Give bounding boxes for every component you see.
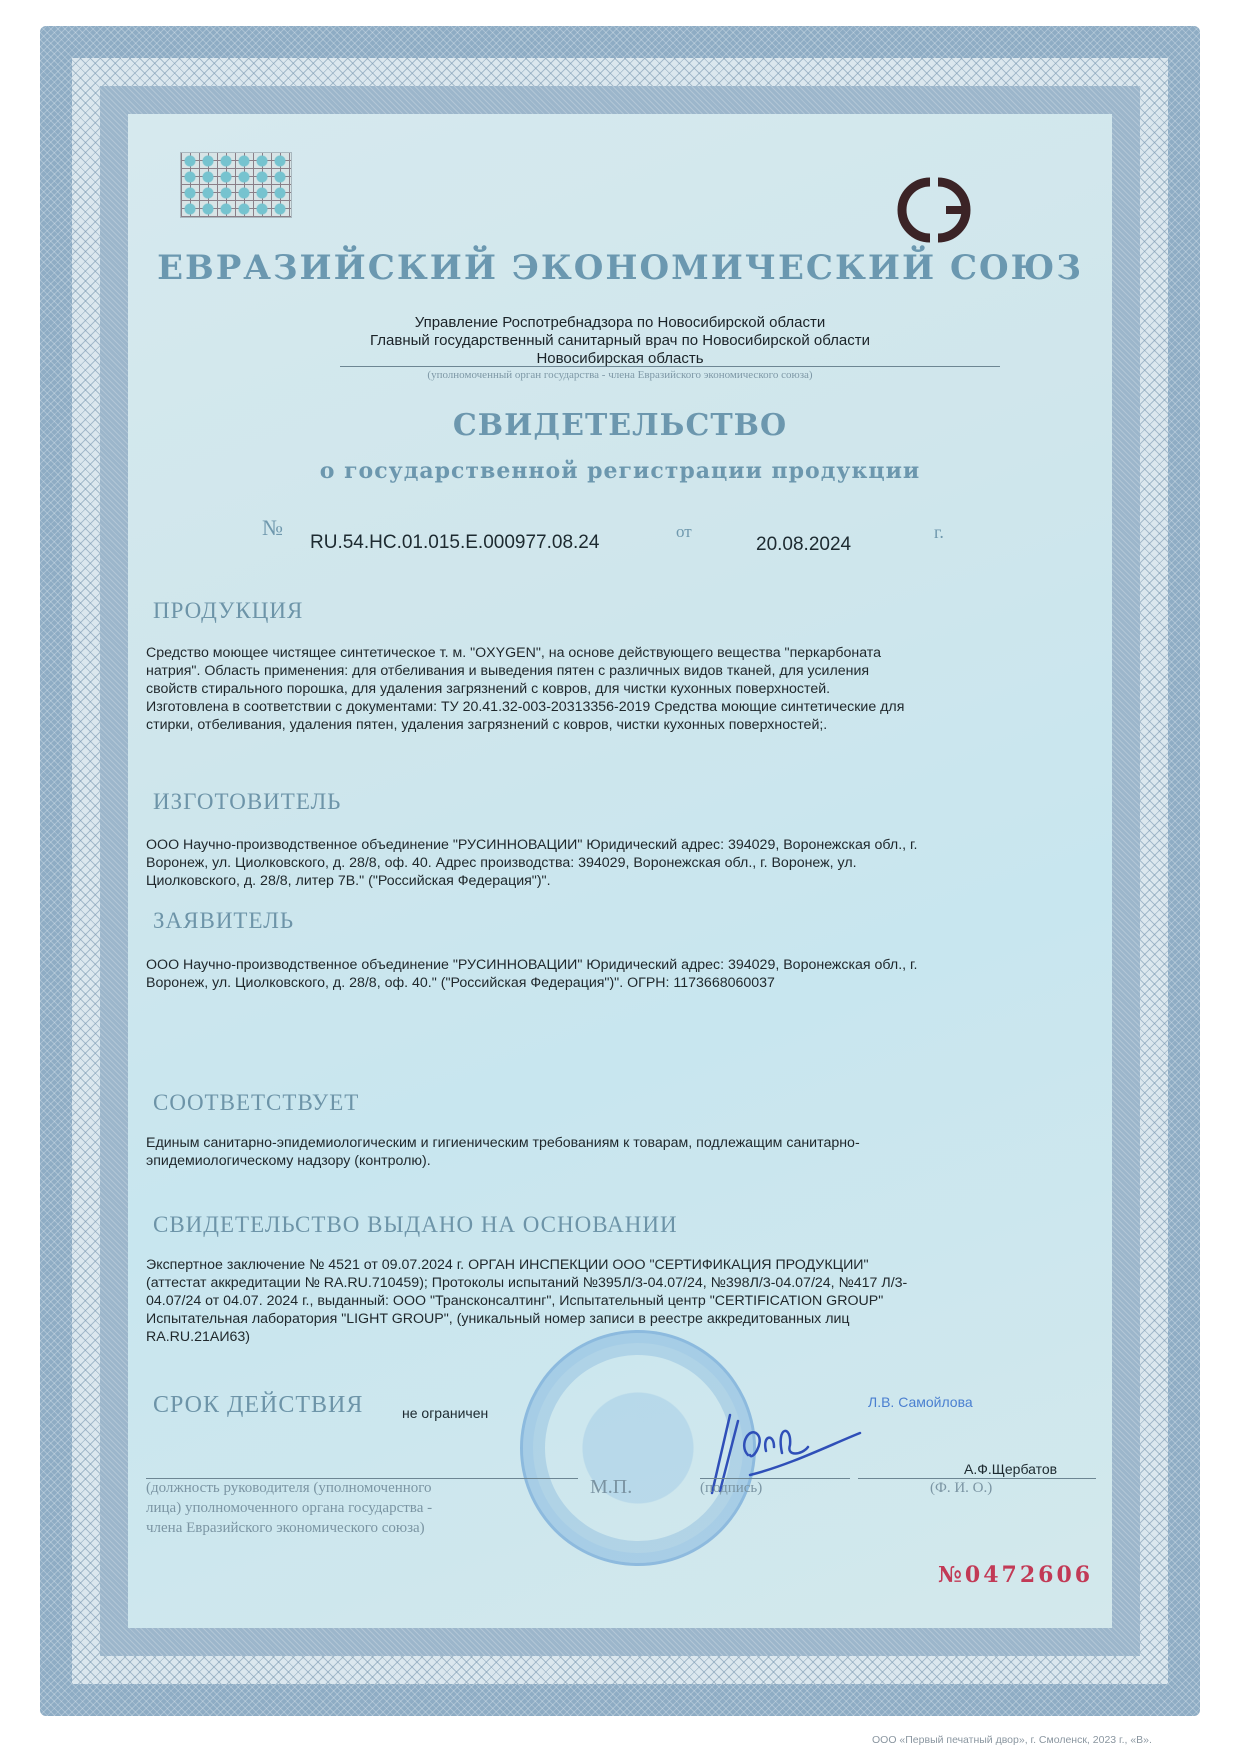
validity-value: не ограничен	[402, 1405, 488, 1421]
authority-underline	[340, 366, 1000, 367]
product-line: Средство моющее чистящее синтетическое т…	[146, 644, 1066, 662]
manufacturer-line: ООО Научно-производственное объединение …	[146, 836, 1066, 854]
manufacturer-line: Циолковского, д. 28/8, литер 7В." ("Росс…	[146, 872, 1066, 890]
product-line: свойств стирального порошка, для удалени…	[146, 680, 1066, 698]
stamp-placeholder-label: М.П.	[590, 1476, 632, 1499]
signature-caption: (подпись)	[700, 1480, 762, 1497]
product-line: Изготовлена в соответствии с документами…	[146, 698, 1066, 716]
section-heading-validity: СРОК ДЕЙСТВИЯ	[153, 1392, 363, 1419]
section-heading-complies: СООТВЕТСТВУЕТ	[153, 1090, 359, 1116]
compliance-line: Единым санитарно-эпидемиологическим и ги…	[146, 1134, 1066, 1152]
signer-name: А.Ф.Щербатов	[964, 1461, 1057, 1477]
stamped-name: Л.В. Самойлова	[868, 1394, 973, 1410]
certificate-title: СВИДЕТЕЛЬСТВО	[0, 408, 1240, 443]
authority-line-3: Новосибирская область	[0, 350, 1240, 367]
name-caption: (Ф. И. О.)	[930, 1480, 992, 1497]
position-caption-line: (должность руководителя (уполномоченного	[146, 1480, 432, 1497]
basis-line: Экспертное заключение № 4521 от 09.07.20…	[146, 1256, 1066, 1274]
number-label: №	[262, 515, 283, 541]
basis-details: Экспертное заключение № 4521 от 09.07.20…	[146, 1256, 1066, 1346]
certificate-number: RU.54.НС.01.015.Е.000977.08.24	[310, 532, 599, 554]
position-caption-line: члена Евразийского экономического союза)	[146, 1520, 425, 1537]
compliance-details: Единым санитарно-эпидемиологическим и ги…	[146, 1134, 1066, 1170]
applicant-line: ООО Научно-производственное объединение …	[146, 956, 1066, 974]
manufacturer-details: ООО Научно-производственное объединение …	[146, 836, 1066, 890]
name-signature-line	[858, 1478, 1096, 1479]
section-heading-manufacturer: ИЗГОТОВИТЕЛЬ	[153, 789, 341, 815]
applicant-details: ООО Научно-производственное объединение …	[146, 956, 1066, 992]
printer-imprint: ООО «Первый печатный двор», г. Смоленск,…	[872, 1734, 1152, 1746]
eac-conformity-mark-icon	[880, 170, 990, 250]
signature-line	[700, 1478, 850, 1479]
manufacturer-line: Воронеж, ул. Циолковского, д. 28/8, оф. …	[146, 854, 1066, 872]
form-serial-number: №0472606	[938, 1562, 1093, 1588]
product-line: натрия". Область применения: для отбелив…	[146, 662, 1066, 680]
union-title: ЕВРАЗИЙСКИЙ ЭКОНОМИЧЕСКИЙ СОЮЗ	[0, 248, 1240, 288]
authority-caption: (уполномоченный орган государства - член…	[0, 369, 1240, 381]
section-heading-applicant: ЗАЯВИТЕЛЬ	[153, 908, 294, 934]
authority-line-1: Управление Роспотребнадзора по Новосибир…	[0, 314, 1240, 331]
position-caption-line: лица) уполномоченного органа государства…	[146, 1500, 432, 1517]
basis-line: 04.07/24 от 04.07. 2024 г., выданный: ОО…	[146, 1292, 1066, 1310]
position-signature-line	[146, 1478, 578, 1479]
authority-line-2: Главный государственный санитарный врач …	[0, 332, 1240, 349]
hologram-security-label	[180, 152, 292, 218]
year-suffix: г.	[934, 522, 944, 543]
product-description: Средство моющее чистящее синтетическое т…	[146, 644, 1066, 734]
certificate-subtitle: о государственной регистрации продукции	[0, 458, 1240, 484]
compliance-line: эпидемиологическому надзору (контролю).	[146, 1152, 1066, 1170]
certificate-date: 20.08.2024	[756, 534, 851, 556]
date-label: от	[676, 522, 692, 542]
product-line: стирки, отбеливания, удаления пятен, уда…	[146, 716, 1066, 734]
basis-line: Испытательная лаборатория "LIGHT GROUP",…	[146, 1310, 1066, 1328]
basis-line: (аттестат аккредитации № RA.RU.710459); …	[146, 1274, 1066, 1292]
applicant-line: Воронеж, ул. Циолковского, д. 28/8, оф. …	[146, 974, 1066, 992]
section-heading-product: ПРОДУКЦИЯ	[153, 598, 303, 624]
section-heading-basis: СВИДЕТЕЛЬСТВО ВЫДАНО НА ОСНОВАНИИ	[153, 1212, 678, 1238]
